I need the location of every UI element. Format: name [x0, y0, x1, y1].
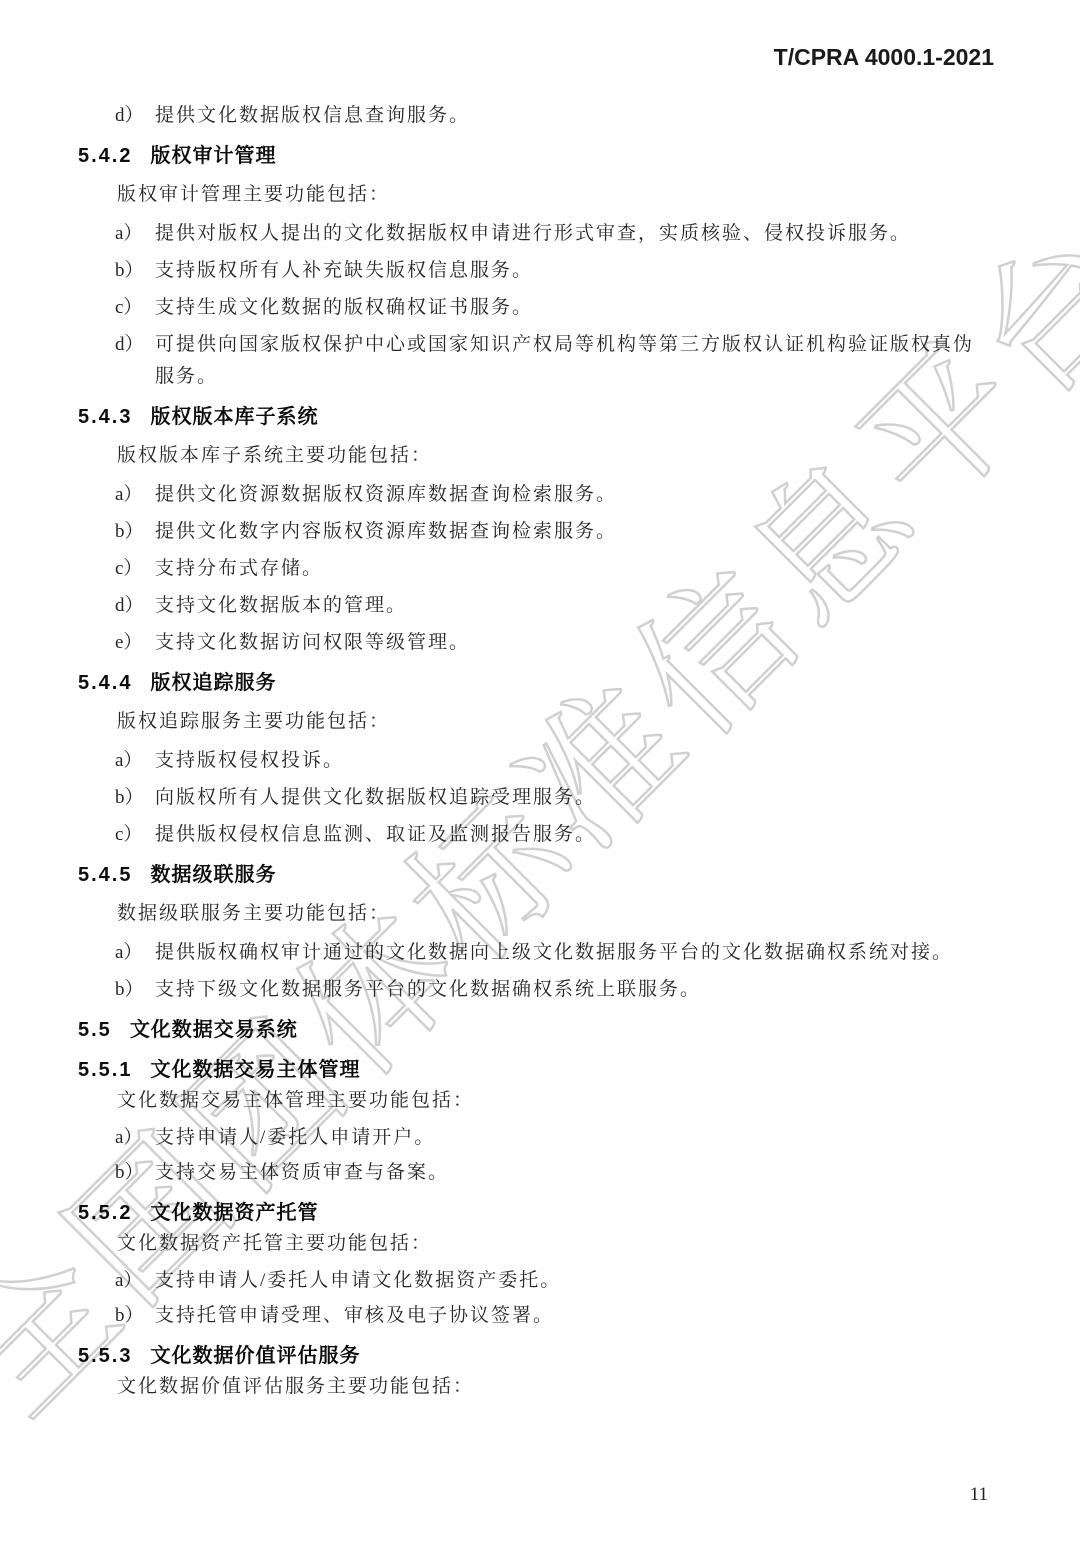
heading-number: 5.4.3	[78, 403, 132, 431]
item-marker: a）	[115, 745, 155, 777]
list-item: d） 支持文化数据版本的管理。	[0, 590, 1080, 622]
list-item: e） 支持文化数据访问权限等级管理。	[0, 627, 1080, 659]
list-item: b） 支持下级文化数据服务平台的文化数据确权系统上联服务。	[0, 974, 1080, 1006]
item-text: 支持下级文化数据服务平台的文化数据确权系统上联服务。	[155, 974, 985, 1006]
item-text: 支持托管申请受理、审核及电子协议签署。	[155, 1300, 985, 1332]
item-text: 支持版权侵权投诉。	[155, 745, 985, 777]
item-marker: a）	[115, 937, 155, 969]
item-marker: a）	[115, 1265, 155, 1297]
section-5-5-3: 5.5.3 文化数据价值评估服务 文化数据价值评估服务主要功能包括：	[0, 1342, 1080, 1400]
heading-number: 5.4.5	[78, 861, 132, 889]
section-5-5: 5.5 文化数据交易系统	[0, 1016, 1080, 1044]
item-marker: a）	[115, 218, 155, 250]
intro-paragraph: 版权追踪服务主要功能包括：	[0, 709, 1080, 735]
item-text: 支持文化数据访问权限等级管理。	[155, 627, 985, 659]
heading-number: 5.5	[78, 1016, 112, 1044]
item-text: 支持交易主体资质审查与备案。	[155, 1157, 985, 1189]
item-marker: b）	[115, 1157, 155, 1189]
heading-title: 版权审计管理	[150, 142, 276, 170]
list-item: a） 支持版权侵权投诉。	[0, 745, 1080, 777]
heading-number: 5.4.2	[78, 142, 132, 170]
list-item: b） 支持托管申请受理、审核及电子协议签署。	[0, 1300, 1080, 1332]
item-text: 提供文化数据版权信息查询服务。	[155, 100, 985, 132]
list-item: b） 向版权所有人提供文化数据版权追踪受理服务。	[0, 782, 1080, 814]
section-heading: 5.4.3 版权版本库子系统	[0, 403, 1080, 431]
item-text: 向版权所有人提供文化数据版权追踪受理服务。	[155, 782, 985, 814]
section-5-5-1: 5.5.1 文化数据交易主体管理 文化数据交易主体管理主要功能包括： a） 支持…	[0, 1056, 1080, 1189]
item-text: 支持版权所有人补充缺失版权信息服务。	[155, 255, 985, 287]
page-number: 11	[970, 1484, 988, 1506]
document-content: d） 提供文化数据版权信息查询服务。 5.4.2 版权审计管理 版权审计管理主要…	[0, 100, 1080, 1408]
section-heading: 5.4.2 版权审计管理	[0, 142, 1080, 170]
item-marker: d）	[115, 100, 155, 132]
list-item: c） 支持生成文化数据的版权确权证书服务。	[0, 292, 1080, 324]
section-heading: 5.4.4 版权追踪服务	[0, 669, 1080, 697]
item-marker: b）	[115, 974, 155, 1006]
heading-number: 5.5.3	[78, 1342, 132, 1370]
list-item: d） 可提供向国家版权保护中心或国家知识产权局等机构等第三方版权认证机构验证版权…	[0, 329, 1080, 393]
list-item: b） 支持版权所有人补充缺失版权信息服务。	[0, 255, 1080, 287]
list-item: a） 支持申请人/委托人申请开户。	[0, 1122, 1080, 1154]
item-marker: c）	[115, 819, 155, 851]
item-text: 支持生成文化数据的版权确权证书服务。	[155, 292, 985, 324]
section-5-4-5: 5.4.5 数据级联服务 数据级联服务主要功能包括： a） 提供版权确权审计通过…	[0, 861, 1080, 1006]
item-text: 提供对版权人提出的文化数据版权申请进行形式审查，实质核验、侵权投诉服务。	[155, 218, 985, 250]
intro-paragraph: 文化数据资产托管主要功能包括：	[0, 1231, 1080, 1257]
item-marker: b）	[115, 1300, 155, 1332]
heading-title: 版权版本库子系统	[150, 403, 318, 431]
item-text: 提供文化数字内容版权资源库数据查询检索服务。	[155, 516, 985, 548]
item-text: 支持申请人/委托人申请开户。	[155, 1122, 985, 1154]
intro-paragraph: 文化数据价值评估服务主要功能包括：	[0, 1374, 1080, 1400]
intro-paragraph: 版权版本库子系统主要功能包括：	[0, 443, 1080, 469]
list-item: c） 支持分布式存储。	[0, 553, 1080, 585]
item-marker: a）	[115, 1122, 155, 1154]
item-marker: c）	[115, 292, 155, 324]
section-5-4-4: 5.4.4 版权追踪服务 版权追踪服务主要功能包括： a） 支持版权侵权投诉。 …	[0, 669, 1080, 851]
heading-title: 文化数据交易主体管理	[150, 1056, 360, 1084]
heading-number: 5.4.4	[78, 669, 132, 697]
section-heading: 5.5.2 文化数据资产托管	[0, 1199, 1080, 1227]
item-marker: e）	[115, 627, 155, 659]
heading-title: 文化数据交易系统	[130, 1016, 298, 1044]
item-text: 提供文化资源数据版权资源库数据查询检索服务。	[155, 479, 985, 511]
document-page: 全国团体标准信息平台 T/CPRA 4000.1-2021 d） 提供文化数据版…	[0, 0, 1080, 1561]
item-marker: b）	[115, 516, 155, 548]
intro-paragraph: 版权审计管理主要功能包括：	[0, 182, 1080, 208]
list-item: a） 支持申请人/委托人申请文化数据资产委托。	[0, 1265, 1080, 1297]
item-marker: d）	[115, 329, 155, 393]
item-text: 提供版权确权审计通过的文化数据向上级文化数据服务平台的文化数据确权系统对接。	[155, 937, 985, 969]
item-text: 支持文化数据版本的管理。	[155, 590, 985, 622]
section-5-4-2: 5.4.2 版权审计管理 版权审计管理主要功能包括： a） 提供对版权人提出的文…	[0, 142, 1080, 393]
heading-title: 版权追踪服务	[150, 669, 276, 697]
heading-title: 文化数据资产托管	[150, 1199, 318, 1227]
section-heading: 5.5.3 文化数据价值评估服务	[0, 1342, 1080, 1370]
list-item: c） 提供版权侵权信息监测、取证及监测报告服务。	[0, 819, 1080, 851]
item-text: 支持申请人/委托人申请文化数据资产委托。	[155, 1265, 985, 1297]
item-marker: d）	[115, 590, 155, 622]
intro-paragraph: 文化数据交易主体管理主要功能包括：	[0, 1088, 1080, 1114]
list-item: a） 提供对版权人提出的文化数据版权申请进行形式审查，实质核验、侵权投诉服务。	[0, 218, 1080, 250]
section-heading: 5.5 文化数据交易系统	[0, 1016, 1080, 1044]
list-item: a） 提供版权确权审计通过的文化数据向上级文化数据服务平台的文化数据确权系统对接…	[0, 937, 1080, 969]
item-text: 可提供向国家版权保护中心或国家知识产权局等机构等第三方版权认证机构验证版权真伪服…	[155, 329, 985, 393]
doc-code: T/CPRA 4000.1-2021	[774, 44, 994, 71]
heading-number: 5.5.1	[78, 1056, 132, 1084]
item-text: 支持分布式存储。	[155, 553, 985, 585]
item-marker: a）	[115, 479, 155, 511]
heading-title: 数据级联服务	[150, 861, 276, 889]
list-item: a） 提供文化资源数据版权资源库数据查询检索服务。	[0, 479, 1080, 511]
list-item: d） 提供文化数据版权信息查询服务。	[0, 100, 1080, 132]
list-item: b） 提供文化数字内容版权资源库数据查询检索服务。	[0, 516, 1080, 548]
section-5-4-3: 5.4.3 版权版本库子系统 版权版本库子系统主要功能包括： a） 提供文化资源…	[0, 403, 1080, 659]
item-marker: b）	[115, 782, 155, 814]
section-heading: 5.5.1 文化数据交易主体管理	[0, 1056, 1080, 1084]
list-item: b） 支持交易主体资质审查与备案。	[0, 1157, 1080, 1189]
item-marker: c）	[115, 553, 155, 585]
section-heading: 5.4.5 数据级联服务	[0, 861, 1080, 889]
item-text: 提供版权侵权信息监测、取证及监测报告服务。	[155, 819, 985, 851]
heading-title: 文化数据价值评估服务	[150, 1342, 360, 1370]
intro-paragraph: 数据级联服务主要功能包括：	[0, 901, 1080, 927]
heading-number: 5.5.2	[78, 1199, 132, 1227]
item-marker: b）	[115, 255, 155, 287]
section-5-5-2: 5.5.2 文化数据资产托管 文化数据资产托管主要功能包括： a） 支持申请人/…	[0, 1199, 1080, 1332]
